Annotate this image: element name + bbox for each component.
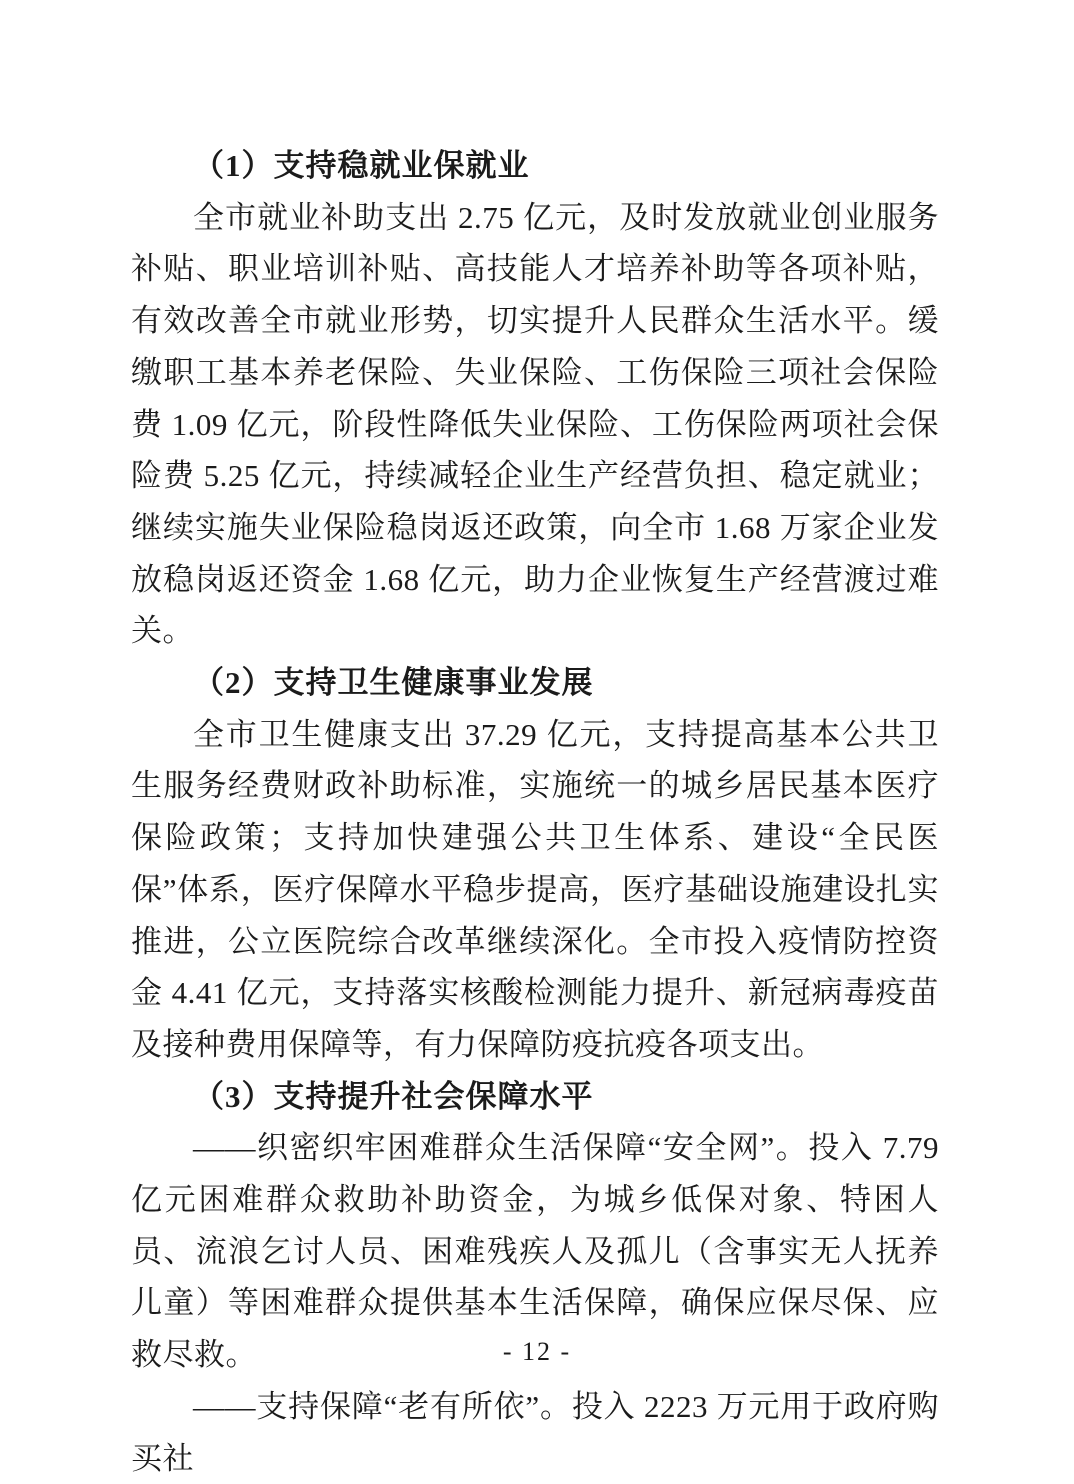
section-heading-employment: （1）支持稳就业保就业 xyxy=(131,140,939,192)
paragraph-health-support: 全市卫生健康支出 37.29 亿元，支持提高基本公共卫生服务经费财政补助标准，实… xyxy=(131,709,939,1071)
paragraph-elderly-care: ——支持保障“老有所依”。投入 2223 万元用于政府购买社 xyxy=(131,1381,939,1484)
document-page: { "page": { "footer_text": "- 12 -", "co… xyxy=(0,0,1074,1484)
document-body: （1）支持稳就业保就业 全市就业补助支出 2.75 亿元，及时发放就业创业服务补… xyxy=(131,140,939,1484)
paragraph-employment-support: 全市就业补助支出 2.75 亿元，及时发放就业创业服务补贴、职业培训补贴、高技能… xyxy=(131,192,939,657)
section-heading-social-security: （3）支持提升社会保障水平 xyxy=(131,1071,939,1123)
page-canvas: （1）支持稳就业保就业 全市就业补助支出 2.75 亿元，及时发放就业创业服务补… xyxy=(0,0,1074,1484)
page-number: - 12 - xyxy=(0,1337,1074,1367)
section-heading-health: （2）支持卫生健康事业发展 xyxy=(131,657,939,709)
